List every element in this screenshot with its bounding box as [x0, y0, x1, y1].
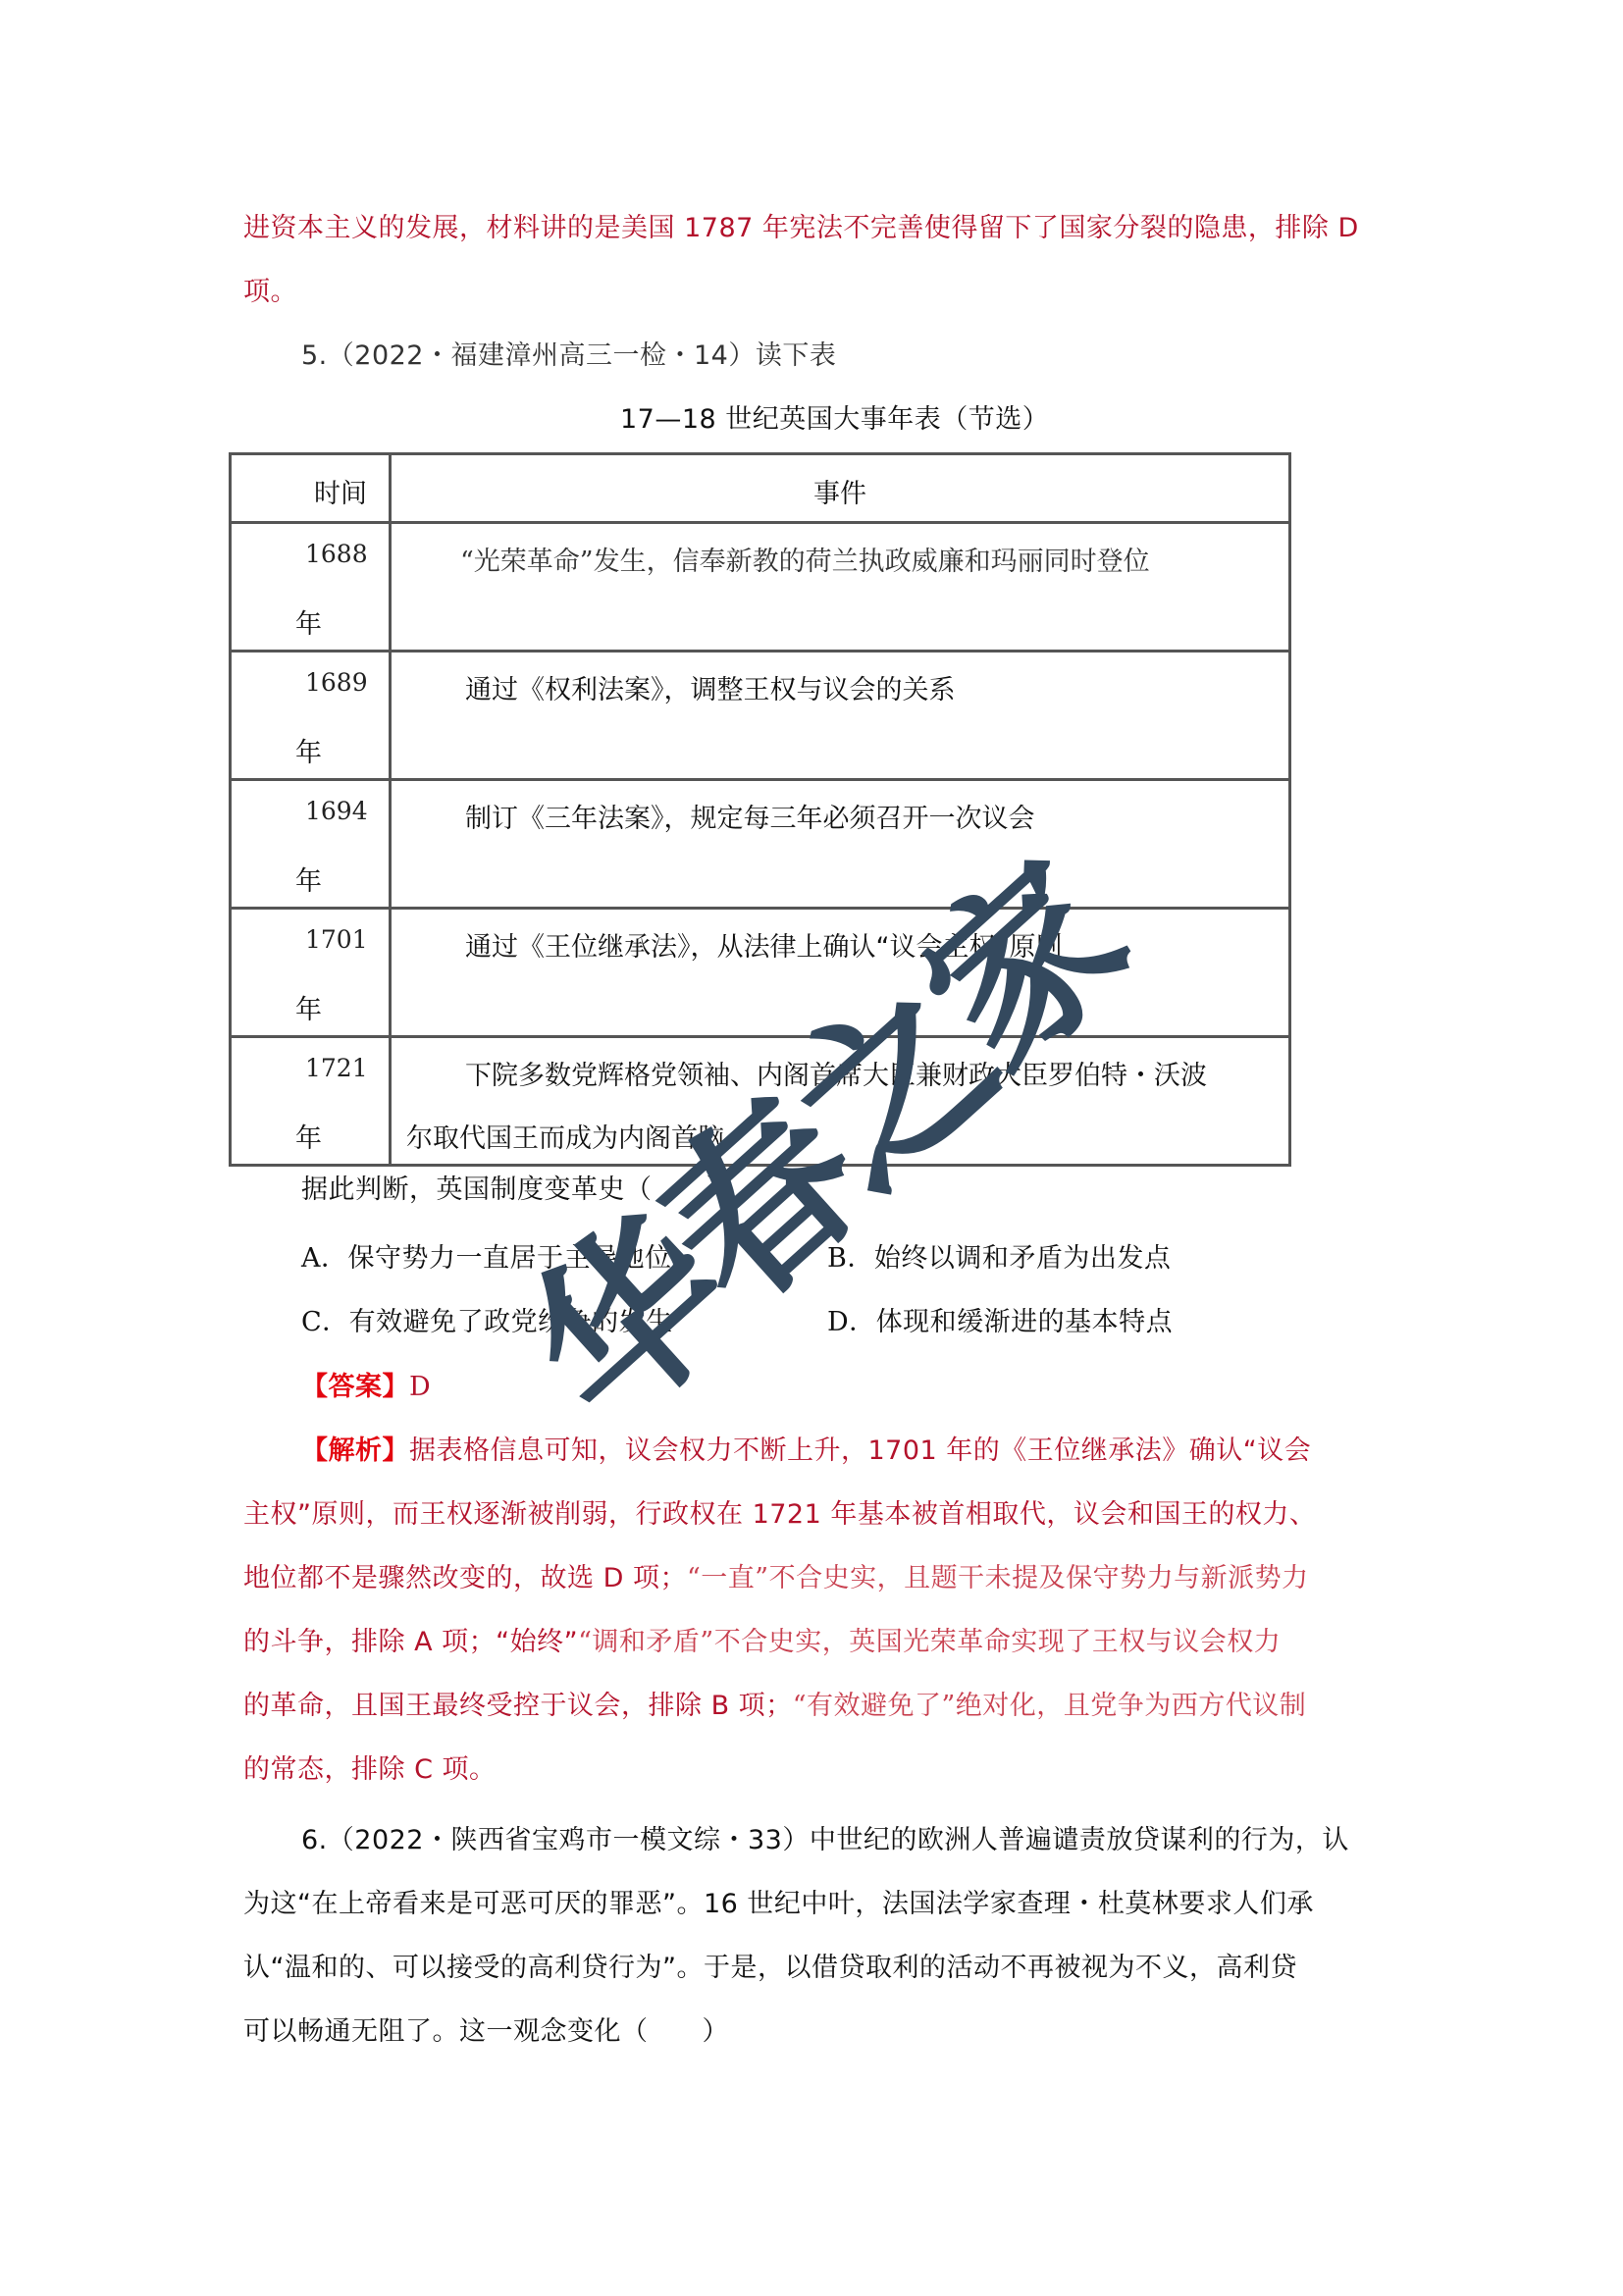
event-cell: “光荣革命”发生，信奉新教的荷兰执政威廉和玛丽同时登位 [392, 524, 1288, 650]
event-cell: 下院多数党辉格党领袖、内阁首席大臣兼财政大臣罗伯特・沃波 尔取代国王而成为内阁首… [392, 1038, 1288, 1164]
table-row: 1688 年 “光荣革命”发生，信奉新教的荷兰执政威廉和玛丽同时登位 [232, 521, 1288, 650]
events-table: 时间 事件 1688 年 “光荣革命”发生，信奉新教的荷兰执政威廉和玛丽同时登位… [229, 452, 1291, 1167]
year-value: 1721 [305, 1054, 368, 1082]
event-cell: 通过《王位继承法》，从法律上确认“议会主权”原则 [392, 910, 1288, 1035]
year-unit: 年 [295, 988, 322, 1026]
table-header-row: 时间 事件 [232, 455, 1288, 521]
year-cell: 1689 年 [232, 652, 392, 778]
year-cell: 1721 年 [232, 1038, 392, 1164]
table-row: 1689 年 通过《权利法案》，调整王权与议会的关系 [232, 650, 1288, 778]
question-stem: 据此判断，英国制度变革史（ ） [301, 1174, 733, 1207]
answer-line: 【答案】D [301, 1371, 431, 1404]
event-text-line-1: 下院多数党辉格党领袖、内阁首席大臣兼财政大臣罗伯特・沃波 [465, 1054, 1207, 1092]
option-d[interactable]: D．体现和缓渐进的基本特点 [827, 1306, 1173, 1339]
answer-label: 【答案】 [301, 1372, 409, 1402]
answer-value: D [409, 1372, 431, 1402]
question-6-line-4: 可以畅通无阻了。这一观念变化（ ） [243, 2015, 729, 2049]
table-row: 1694 年 制订《三年法案》，规定每三年必须召开一次议会 [232, 778, 1288, 907]
option-text: 保守势力一直居于主导地位 [348, 1243, 672, 1274]
analysis-line-3: 地位都不是骤然改变的，故选 D 项；“一直”不合史实，且题干未提及保守势力与新派… [243, 1562, 1309, 1595]
analysis-label: 【解析】 [301, 1435, 409, 1466]
event-text: 制订《三年法案》，规定每三年必须召开一次议会 [465, 797, 1035, 835]
option-text: 有效避免了政党纷争的发生 [349, 1307, 673, 1337]
header-cell-event: 事件 [392, 455, 1288, 521]
prev-analysis-line-2: 项。 [243, 276, 297, 309]
event-cell: 通过《权利法案》，调整王权与议会的关系 [392, 652, 1288, 778]
year-cell: 1701 年 [232, 910, 392, 1035]
option-a[interactable]: A．保守势力一直居于主导地位 [301, 1242, 672, 1276]
year-cell: 1694 年 [232, 781, 392, 907]
option-key: C． [301, 1307, 349, 1337]
table-row: 1721 年 下院多数党辉格党领袖、内阁首席大臣兼财政大臣罗伯特・沃波 尔取代国… [232, 1035, 1288, 1164]
year-unit: 年 [295, 602, 322, 641]
analysis-line-5: 的革命，且国王最终受控于议会，排除 B 项；“有效避免了”绝对化，且党争为西方代… [243, 1690, 1306, 1723]
option-text: 体现和缓渐进的基本特点 [876, 1307, 1174, 1337]
analysis-line-4: 的斗争，排除 A 项；“始终”“调和矛盾”不合史实，英国光荣革命实现了王权与议会… [243, 1626, 1281, 1659]
event-text: “光荣革命”发生，信奉新教的荷兰执政威廉和玛丽同时登位 [460, 540, 1150, 578]
table-title: 17—18 世纪英国大事年表（节选） [620, 403, 1049, 437]
year-unit: 年 [295, 1117, 322, 1155]
table-row: 1701 年 通过《王位继承法》，从法律上确认“议会主权”原则 [232, 907, 1288, 1035]
year-value: 1689 [305, 668, 368, 697]
question-6-line-3: 认“温和的、可以接受的高利贷行为”。于是，以借贷取利的活动不再被视为不义，高利贷 [243, 1952, 1297, 1985]
question-5-header: 5.（2022・福建漳州高三一检・14）读下表 [301, 339, 836, 373]
year-value: 1694 [305, 797, 368, 825]
event-text-line-2: 尔取代国王而成为内阁首脑 [406, 1117, 724, 1155]
analysis-line-1: 【解析】据表格信息可知，议会权力不断上升，1701 年的《王位继承法》确认“议会 [301, 1435, 1311, 1468]
year-value: 1688 [305, 540, 368, 568]
event-text: 通过《王位继承法》，从法律上确认“议会主权”原则 [465, 925, 1062, 964]
year-unit: 年 [295, 860, 322, 898]
question-6-line-2: 为这“在上帝看来是可恶可厌的罪恶”。16 世纪中叶，法国法学家查理・杜莫林要求人… [243, 1888, 1314, 1921]
prev-analysis-line-1: 进资本主义的发展，材料讲的是美国 1787 年宪法不完善使得留下了国家分裂的隐患… [243, 212, 1359, 245]
analysis-line-6: 的常态，排除 C 项。 [243, 1753, 497, 1787]
question-6-line-1: 6.（2022・陕西省宝鸡市一模文综・33）中世纪的欧洲人普遍谴责放贷谋利的行为… [301, 1824, 1349, 1857]
year-cell: 1688 年 [232, 524, 392, 650]
year-unit: 年 [295, 731, 322, 769]
option-key: A． [301, 1243, 348, 1274]
option-b[interactable]: B．始终以调和矛盾为出发点 [827, 1242, 1171, 1276]
year-value: 1701 [305, 925, 368, 954]
header-cell-time: 时间 [232, 455, 392, 521]
option-key: D． [827, 1307, 876, 1337]
analysis-line-2: 主权”原则，而王权逐渐被削弱，行政权在 1721 年基本被首相取代，议会和国王的… [243, 1498, 1316, 1532]
event-text: 通过《权利法案》，调整王权与议会的关系 [465, 668, 956, 706]
option-key: B． [827, 1243, 874, 1274]
option-text: 始终以调和矛盾为出发点 [874, 1243, 1172, 1274]
event-cell: 制订《三年法案》，规定每三年必须召开一次议会 [392, 781, 1288, 907]
option-c[interactable]: C．有效避免了政党纷争的发生 [301, 1306, 673, 1339]
